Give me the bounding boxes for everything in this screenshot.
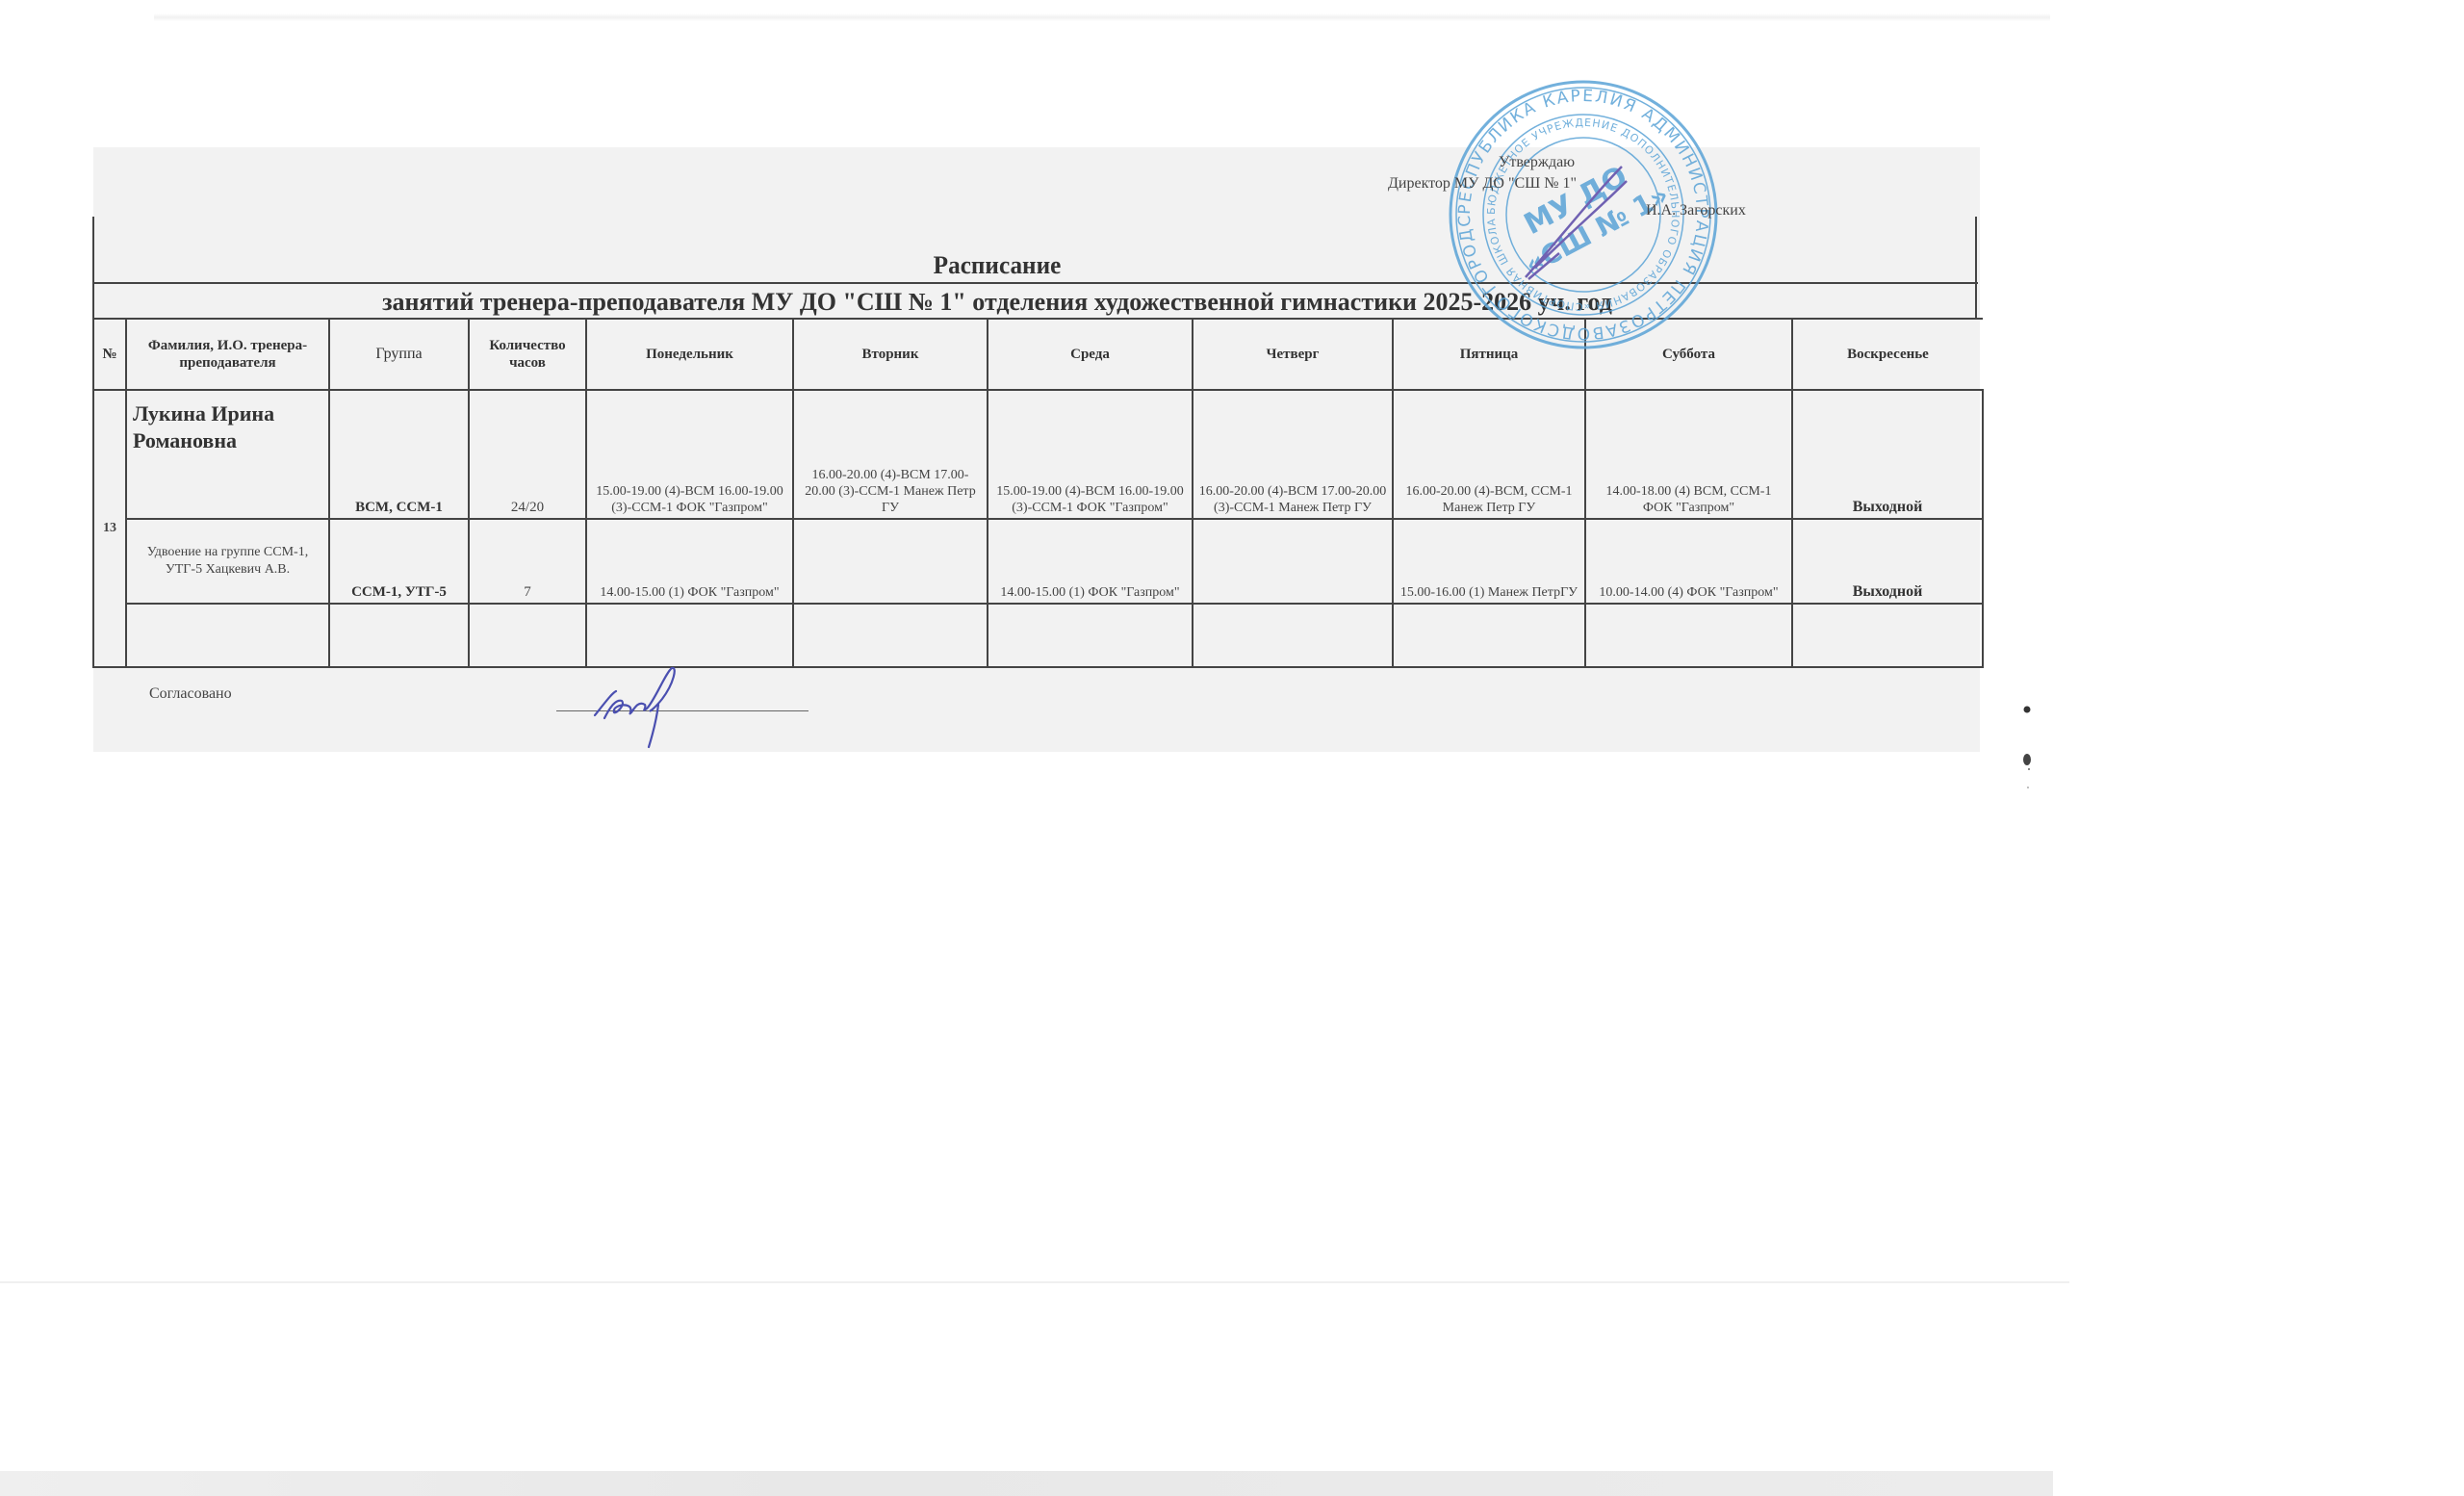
table-row: Удвоение на группе ССМ-1, УТГ-5 Хацкевич… xyxy=(93,519,1983,604)
doubling-note: Удвоение на группе ССМ-1, УТГ-5 Хацкевич… xyxy=(126,519,329,604)
monday-cell: 15.00-19.00 (4)-ВСМ 16.00-19.00 (3)-ССМ-… xyxy=(586,390,793,519)
hours-cell: 7 xyxy=(469,519,586,604)
empty-cell xyxy=(793,604,988,667)
empty-cell xyxy=(1585,604,1792,667)
col-header-monday: Понедельник xyxy=(586,319,793,390)
group-cell: ВСМ, ССМ-1 xyxy=(329,390,469,519)
sunday-cell: Выходной xyxy=(1792,390,1983,519)
empty-cell xyxy=(1393,604,1585,667)
tuesday-cell: 16.00-20.00 (4)-ВСМ 17.00-20.00 (3)-ССМ-… xyxy=(793,390,988,519)
thursday-cell: 16.00-20.00 (4)-ВСМ 17.00-20.00 (3)-ССМ-… xyxy=(1193,390,1393,519)
empty-cell xyxy=(1792,604,1983,667)
thursday-cell xyxy=(1193,519,1393,604)
saturday-cell: 14.00-18.00 (4) ВСМ, ССМ-1 ФОК "Газпром" xyxy=(1585,390,1792,519)
friday-cell: 16.00-20.00 (4)-ВСМ, ССМ-1 Манеж Петр ГУ xyxy=(1393,390,1585,519)
col-header-hours: Количество часов xyxy=(469,319,586,390)
row-number: 13 xyxy=(93,390,126,667)
empty-cell xyxy=(469,604,586,667)
scan-edge-bottom xyxy=(0,1471,2053,1496)
scan-edge-rule xyxy=(0,1281,2069,1283)
approval-block: Утверждаю Директор МУ ДО "СШ № 1" И.А. З… xyxy=(1376,154,1877,231)
table-row xyxy=(93,604,1983,667)
wednesday-cell: 15.00-19.00 (4)-ВСМ 16.00-19.00 (3)-ССМ-… xyxy=(988,390,1193,519)
hours-cell: 24/20 xyxy=(469,390,586,519)
signature-icon xyxy=(577,662,703,749)
col-header-thursday: Четверг xyxy=(1193,319,1393,390)
col-header-sunday: Воскресенье xyxy=(1792,319,1983,390)
col-header-name: Фамилия, И.О. тренера-преподавателя xyxy=(126,319,329,390)
empty-cell xyxy=(329,604,469,667)
empty-cell xyxy=(126,604,329,667)
approval-label: Утверждаю xyxy=(1499,154,1575,171)
monday-cell: 14.00-15.00 (1) ФОК "Газпром" xyxy=(586,519,793,604)
table-row: 13 Лукина Ирина Романовна ВСМ, ССМ-1 24/… xyxy=(93,390,1983,519)
scan-artifact-icon xyxy=(2012,703,2050,809)
empty-cell xyxy=(586,604,793,667)
sunday-cell: Выходной xyxy=(1792,519,1983,604)
saturday-cell: 10.00-14.00 (4) ФОК "Газпром" xyxy=(1585,519,1792,604)
agreed-label: Согласовано xyxy=(149,685,232,703)
approval-signatory: И.А. Загорских xyxy=(1646,202,1746,219)
col-header-wednesday: Среда xyxy=(988,319,1193,390)
schedule-table: № Фамилия, И.О. тренера-преподавателя Гр… xyxy=(92,318,1984,668)
approval-position: Директор МУ ДО "СШ № 1" xyxy=(1388,175,1577,193)
friday-cell: 15.00-16.00 (1) Манеж ПетрГУ xyxy=(1393,519,1585,604)
col-header-group: Группа xyxy=(329,319,469,390)
col-header-tuesday: Вторник xyxy=(793,319,988,390)
wednesday-cell: 14.00-15.00 (1) ФОК "Газпром" xyxy=(988,519,1193,604)
col-header-num: № xyxy=(93,319,126,390)
empty-cell xyxy=(1193,604,1393,667)
group-cell: ССМ-1, УТГ-5 xyxy=(329,519,469,604)
empty-cell xyxy=(988,604,1193,667)
scan-edge-top xyxy=(154,13,2050,21)
trainer-name: Лукина Ирина Романовна xyxy=(126,390,329,519)
tuesday-cell xyxy=(793,519,988,604)
